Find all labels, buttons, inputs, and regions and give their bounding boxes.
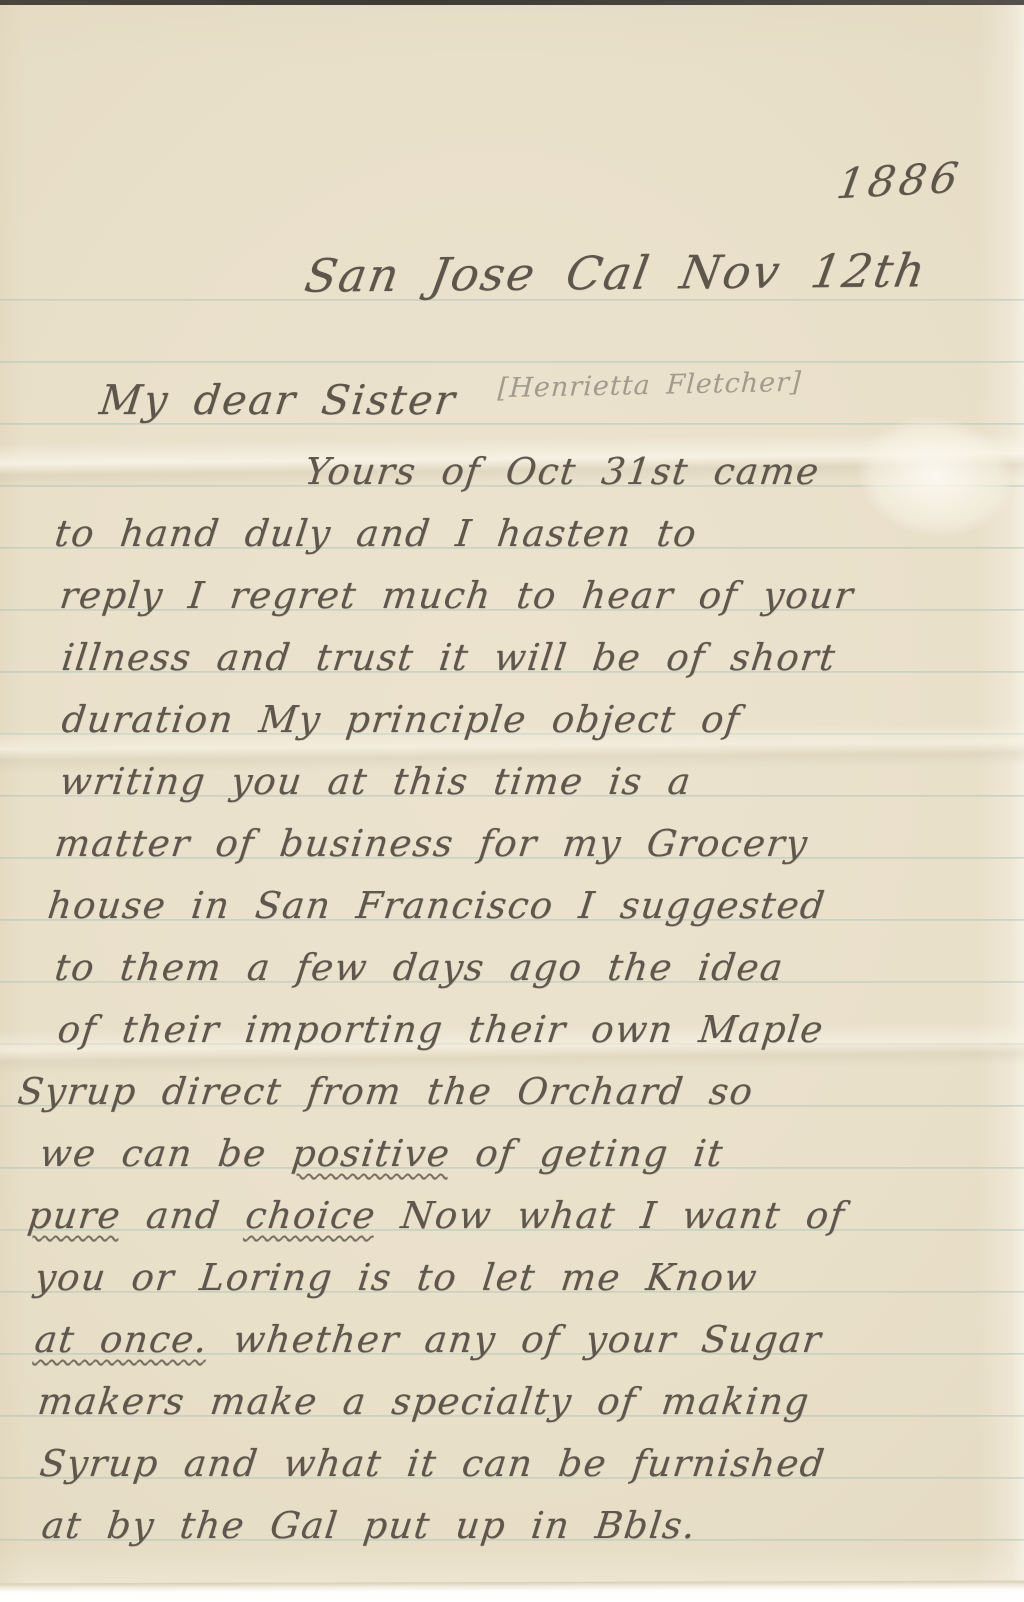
letter-line: Syrup direct from the Orchard so — [14, 1061, 1024, 1123]
letter-line: duration My principle object of — [58, 689, 1024, 751]
line-text: you or Loring is to let me Know — [32, 1256, 760, 1299]
year-heading: 1886 — [833, 153, 965, 208]
line-text: to hand duly and I hasten to — [52, 512, 699, 555]
underlined-word: choice — [243, 1194, 379, 1237]
letter-line: to hand duly and I hasten to — [51, 503, 1024, 565]
salutation: My dear Sister — [97, 376, 459, 424]
letter-line: at once. whether any of your Sugar — [31, 1309, 1024, 1371]
line-text: matter of business for my Grocery — [52, 822, 810, 865]
line-text: duration My principle object of — [59, 698, 743, 741]
letter-body: Yours of Oct 31st cameto hand duly and I… — [0, 441, 1024, 1557]
letter-line: Syrup and what it can be furnished — [36, 1433, 1024, 1495]
date-line: San Jose Cal Nov 12th — [301, 243, 931, 302]
letter-line: to them a few days ago the idea — [51, 937, 1024, 999]
line-text: Now what I want of — [373, 1194, 847, 1237]
line-text: makers make a specialty of making — [35, 1380, 812, 1423]
line-text: Syrup direct from the Orchard so — [15, 1070, 756, 1113]
paper-bottom-edge — [0, 1581, 1024, 1602]
letter-line: at by the Gal put up in Bbls. — [38, 1495, 1024, 1557]
pencil-annotation: [Henrietta Fletcher] — [497, 367, 802, 404]
letter-line: reply I regret much to hear of your — [56, 565, 1024, 627]
line-text: reply I regret much to hear of your — [57, 574, 856, 617]
letter-line: illness and trust it will be of short — [58, 627, 1024, 689]
line-text: Yours of Oct 31st came — [302, 450, 822, 493]
letter-line: pure and choice Now what I want of — [24, 1185, 1024, 1247]
line-text: of their importing their own Maple — [55, 1008, 826, 1051]
letter-line: you or Loring is to let me Know — [31, 1247, 1024, 1309]
underlined-word: at once. — [32, 1318, 210, 1361]
line-text: and — [119, 1194, 249, 1237]
letter-line: makers make a specialty of making — [34, 1371, 1024, 1433]
line-text: house in San Francisco I suggested — [45, 884, 828, 927]
letter-line: writing you at this time is a — [56, 751, 1024, 813]
letter-line: of their importing their own Maple — [54, 999, 1024, 1061]
line-text: of geting it — [448, 1132, 727, 1175]
underlined-word: positive — [289, 1132, 453, 1175]
line-text: we can be — [37, 1132, 294, 1175]
line-text: whether any of your Sugar — [206, 1318, 825, 1361]
line-text: Syrup and what it can be furnished — [37, 1442, 827, 1485]
letter-line: matter of business for my Grocery — [51, 813, 1024, 875]
line-text: illness and trust it will be of short — [59, 636, 838, 679]
underlined-word: pure — [25, 1194, 123, 1237]
letter-line: we can be positive of geting it — [36, 1123, 1024, 1185]
line-text: writing you at this time is a — [57, 760, 694, 803]
letter-line: Yours of Oct 31st came — [301, 441, 1024, 503]
line-text: at by the Gal put up in Bbls. — [39, 1504, 699, 1547]
scanned-letter-page: 1886 San Jose Cal Nov 12th My dear Siste… — [0, 0, 1024, 1602]
line-text: to them a few days ago the idea — [52, 946, 786, 989]
letter-line: house in San Francisco I suggested — [44, 875, 1024, 937]
